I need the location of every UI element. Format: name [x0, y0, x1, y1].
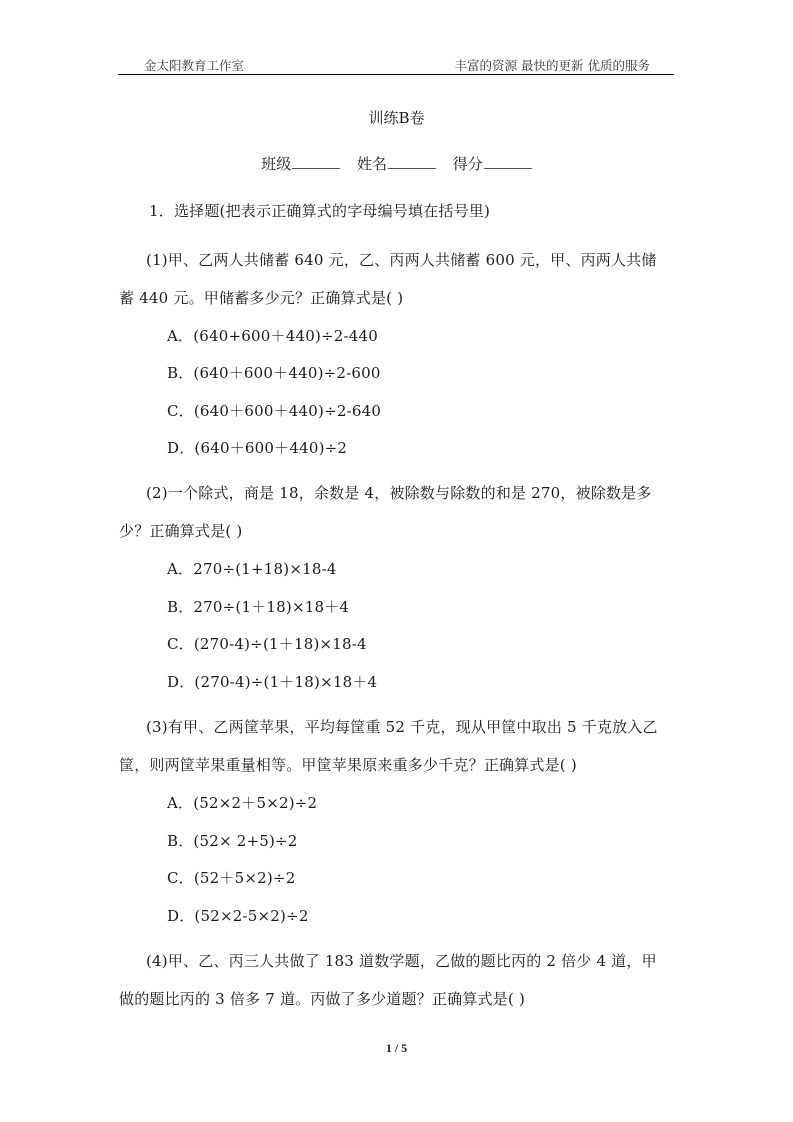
score-blank	[484, 156, 532, 169]
name-label: 姓名	[357, 155, 387, 173]
question-2-option-c: C．(270-4)÷(1＋18)×18-4	[167, 633, 367, 654]
question-2-option-d: D．(270-4)÷(1＋18)×18＋4	[167, 671, 377, 692]
class-label: 班级	[261, 155, 291, 173]
name-field: 姓名	[357, 155, 436, 173]
class-field: 班级	[261, 155, 340, 173]
question-4-line-2: 做的题比丙的 3 倍多 7 道。丙做了多少道题？正确算式是( )	[119, 988, 525, 1009]
question-2-line-1: (2)一个除式，商是 18，余数是 4，被除数与除数的和是 270，被除数是多	[146, 482, 652, 503]
question-1-option-b: B．(640＋600＋440)÷2-600	[167, 362, 381, 383]
question-1-line-1: (1)甲、乙两人共储蓄 640 元，乙、丙两人共储蓄 600 元，甲、丙两人共储	[146, 249, 657, 270]
document-title: 训练B卷	[0, 107, 793, 128]
question-3-option-d: D．(52×2-5×2)÷2	[167, 905, 309, 926]
question-3-option-a: A．(52×2＋5×2)÷2	[167, 792, 317, 813]
question-1-option-a: A．(640+600＋440)÷2-440	[167, 325, 378, 346]
question-3-option-b: B．(52× 2+5)÷2	[167, 830, 298, 851]
score-field: 得分	[453, 155, 532, 173]
student-info-line: 班级 姓名 得分	[0, 153, 793, 174]
question-2-option-b: B．270÷(1＋18)×18＋4	[167, 596, 349, 617]
question-2-line-2: 少？正确算式是( )	[119, 520, 242, 541]
page-number: 1 / 5	[0, 1041, 793, 1056]
header-studio-name: 金太阳教育工作室	[144, 56, 244, 74]
page-header: 金太阳教育工作室 丰富的资源 最快的更新 优质的服务	[118, 54, 674, 75]
class-blank	[292, 156, 340, 169]
question-4-line-1: (4)甲、乙、丙三人共做了 183 道数学题，乙做的题比丙的 2 倍少 4 道，…	[146, 950, 657, 971]
question-3-line-1: (3)有甲、乙两筐苹果，平均每筐重 52 千克，现从甲筐中取出 5 千克放入乙	[146, 716, 658, 737]
question-3-option-c: C．(52＋5×2)÷2	[167, 867, 295, 888]
question-2-option-a: A．270÷(1+18)×18-4	[167, 558, 337, 579]
score-label: 得分	[453, 155, 483, 173]
question-1-line-2: 蓄 440 元。甲储蓄多少元？正确算式是( )	[119, 287, 403, 308]
header-slogan: 丰富的资源 最快的更新 优质的服务	[455, 56, 650, 74]
question-1-option-d: D．(640＋600＋440)÷2	[167, 437, 347, 458]
question-1-option-c: C．(640＋600＋440)÷2-640	[167, 400, 381, 421]
section-heading: 1．选择题(把表示正确算式的字母编号填在括号里)	[149, 200, 490, 221]
name-blank	[388, 156, 436, 169]
question-3-line-2: 筐，则两筐苹果重量相等。甲筐苹果原来重多少千克？正确算式是( )	[119, 754, 577, 775]
